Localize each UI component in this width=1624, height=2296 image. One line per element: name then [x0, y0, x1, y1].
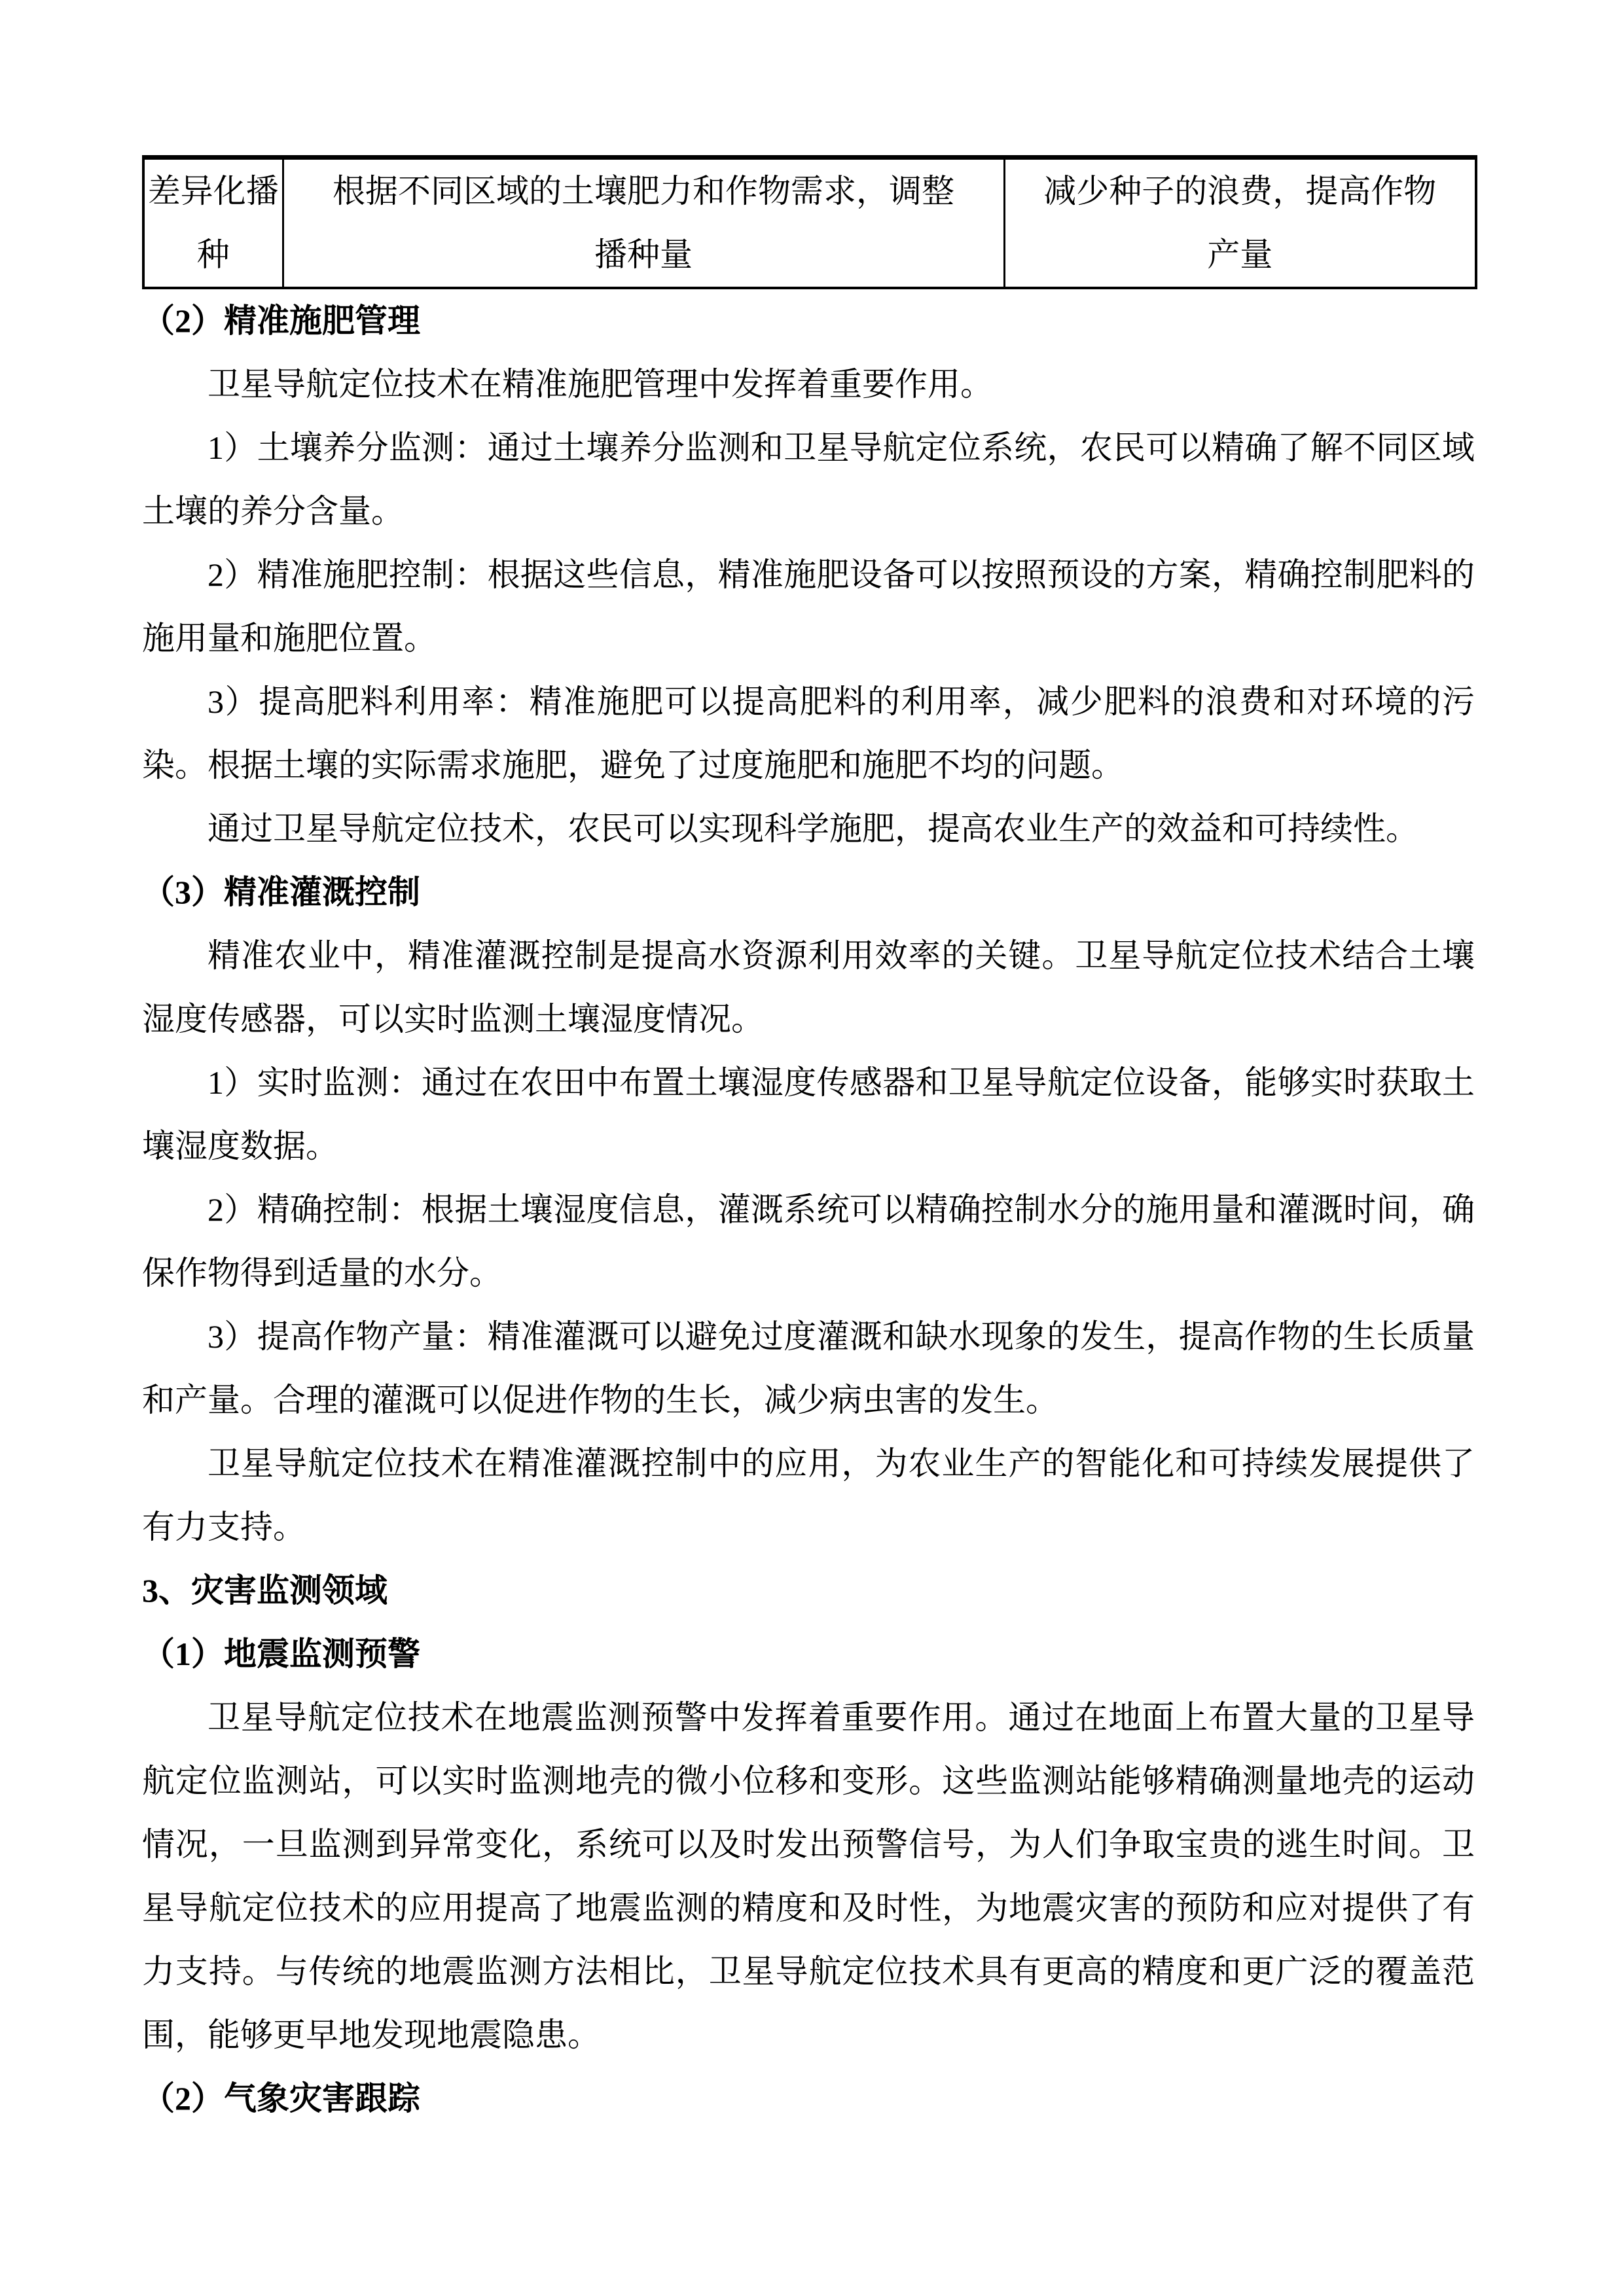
table-cell-method-text: 根据不同区域的土壤肥力和作物需求，调整播种量: [329, 160, 958, 287]
heading-weather-disaster-tracking: （2）气象灾害跟踪: [142, 2067, 1475, 2130]
paragraph-irrigation-item-2: 2）精确控制：根据土壤湿度信息，灌溉系统可以精确控制水分的施用量和灌溉时间，确保…: [142, 1178, 1475, 1305]
table-cell-benefit-text: 减少种子的浪费，提高作物产量: [1040, 160, 1439, 287]
heading-fertilizer-management: （2）精准施肥管理: [142, 289, 1475, 353]
page-content: 差异化播种 根据不同区域的土壤肥力和作物需求，调整播种量 减少种子的浪费，提高作…: [142, 155, 1475, 2130]
table-cell-method: 根据不同区域的土壤肥力和作物需求，调整播种量: [283, 158, 1004, 289]
heading-earthquake-warning: （1）地震监测预警: [142, 1623, 1475, 1686]
paragraph-fertilizer-item-1: 1）土壤养分监测：通过土壤养分监测和卫星导航定位系统，农民可以精确了解不同区域土…: [142, 416, 1475, 543]
paragraph-irrigation-item-1: 1）实时监测：通过在农田中布置土壤湿度传感器和卫星导航定位设备，能够实时获取土壤…: [142, 1051, 1475, 1178]
paragraph-irrigation-summary: 卫星导航定位技术在精准灌溉控制中的应用，为农业生产的智能化和可持续发展提供了有力…: [142, 1432, 1475, 1559]
heading-irrigation-control: （3）精准灌溉控制: [142, 861, 1475, 924]
paragraph-fertilizer-summary: 通过卫星导航定位技术，农民可以实现科学施肥，提高农业生产的效益和可持续性。: [142, 797, 1475, 861]
heading-disaster-monitoring: 3、灾害监测领域: [142, 1559, 1475, 1623]
paragraph-irrigation-item-3: 3）提高作物产量：精准灌溉可以避免过度灌溉和缺水现象的发生，提高作物的生长质量和…: [142, 1305, 1475, 1432]
table-row: 差异化播种 根据不同区域的土壤肥力和作物需求，调整播种量 减少种子的浪费，提高作…: [143, 158, 1476, 289]
paragraph-irrigation-intro: 精准农业中，精准灌溉控制是提高水资源利用效率的关键。卫星导航定位技术结合土壤湿度…: [142, 924, 1475, 1051]
paragraph-fertilizer-item-3: 3）提高肥料利用率：精准施肥可以提高肥料的利用率，减少肥料的浪费和对环境的污染。…: [142, 670, 1475, 797]
document-page: 差异化播种 根据不同区域的土壤肥力和作物需求，调整播种量 减少种子的浪费，提高作…: [0, 0, 1624, 2296]
paragraph-fertilizer-item-2: 2）精准施肥控制：根据这些信息，精准施肥设备可以按照预设的方案，精确控制肥料的施…: [142, 543, 1475, 670]
seeding-table: 差异化播种 根据不同区域的土壤肥力和作物需求，调整播种量 减少种子的浪费，提高作…: [142, 155, 1477, 289]
paragraph-earthquake: 卫星导航定位技术在地震监测预警中发挥着重要作用。通过在地面上布置大量的卫星导航定…: [142, 1686, 1475, 2067]
table-cell-benefit: 减少种子的浪费，提高作物产量: [1004, 158, 1476, 289]
paragraph-fertilizer-intro: 卫星导航定位技术在精准施肥管理中发挥着重要作用。: [142, 353, 1475, 416]
table-cell-term-text: 差异化播种: [146, 160, 280, 287]
table-cell-term: 差异化播种: [143, 158, 283, 289]
